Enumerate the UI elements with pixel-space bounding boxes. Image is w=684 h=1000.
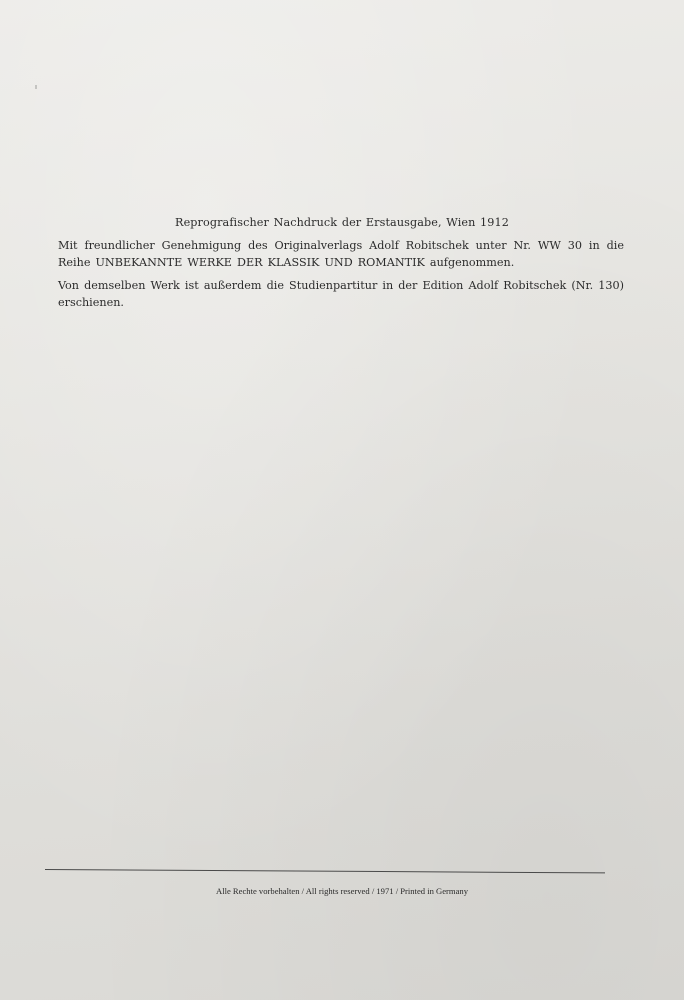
permission-line-1: Mit freundlicher Genehmigung des Origina… (58, 237, 624, 254)
copyright-footer: Alle Rechte vorbehalten / All rights res… (0, 886, 684, 896)
study-score-line-2: erschienen. (58, 294, 624, 311)
paper-background (0, 0, 684, 1000)
footer-divider (45, 869, 605, 874)
study-score-paragraph: Von demselben Werk ist außerdem die Stud… (58, 277, 624, 311)
study-score-line-1: Von demselben Werk ist außerdem die Stud… (58, 277, 624, 294)
reprint-title: Reprografischer Nachdruck der Erstausgab… (0, 216, 684, 229)
permission-line-2: Reihe UNBEKANNTE WERKE DER KLASSIK UND R… (58, 254, 624, 271)
paper-blemish (35, 85, 37, 89)
permission-paragraph: Mit freundlicher Genehmigung des Origina… (58, 237, 624, 271)
